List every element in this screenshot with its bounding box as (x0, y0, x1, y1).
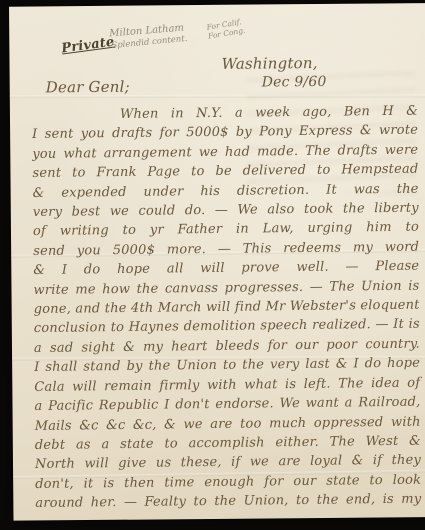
letterhead-date: Dec 9/60 (262, 74, 327, 91)
salutation: Dear Genl; (46, 78, 130, 97)
letter-scan: Milton Latham For Calif. For Cong. Priva… (0, 0, 425, 530)
pencil-side-annotation: For Calif. For Cong. (206, 17, 246, 41)
letter-body: When in N.Y. a week ago, Ben H & I sent … (32, 102, 422, 513)
private-label: Private (61, 35, 116, 57)
letter-line: around her. — Fealty to the Union, to th… (35, 490, 421, 514)
letterhead-place: Washington, (221, 54, 317, 73)
letter-paper: Milton Latham For Calif. For Cong. Priva… (9, 3, 425, 521)
